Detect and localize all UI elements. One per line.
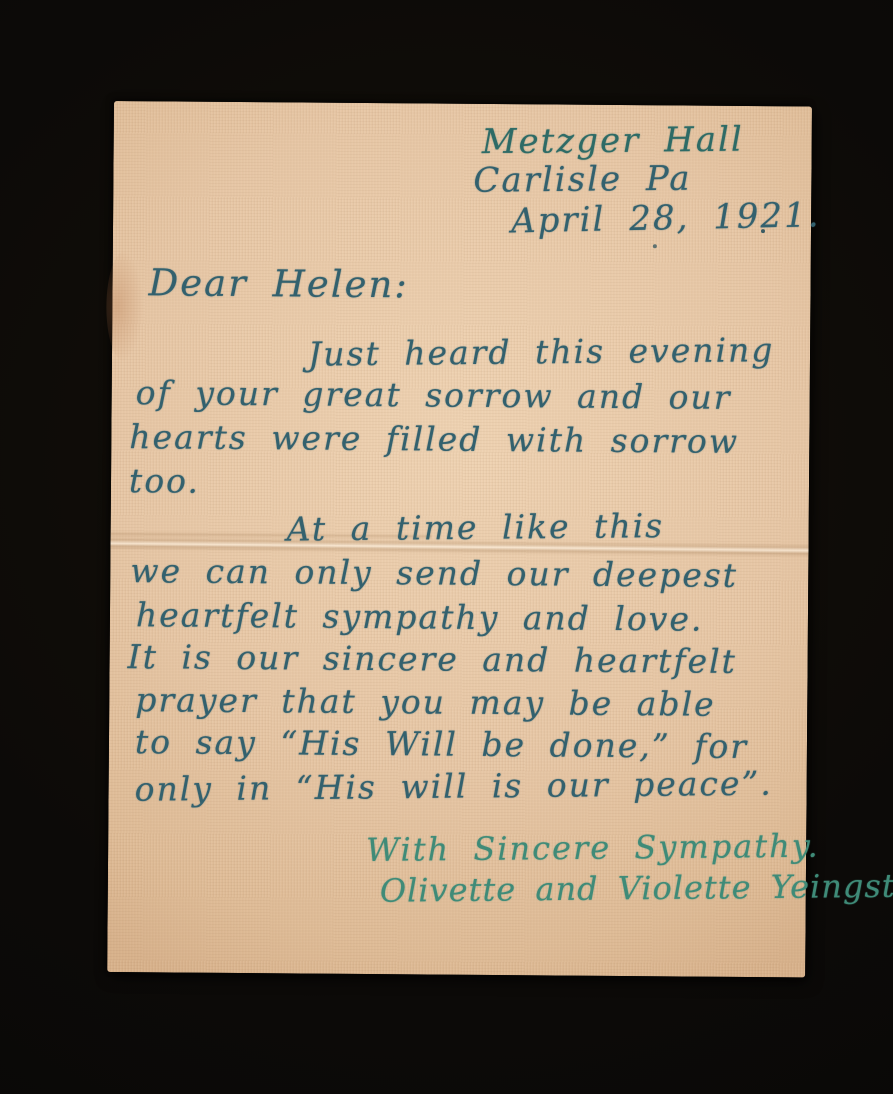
body-line: too. [129, 461, 200, 501]
photo-background: Metzger Hall Carlisle Pa April 28, 1921.… [0, 0, 893, 1094]
body-line: prayer that you may be able [135, 680, 716, 724]
body-line: only in “His will is our peace”. [134, 764, 773, 809]
body-line: At a time like this [286, 506, 664, 549]
body-line: we can only send our deepest [130, 551, 738, 595]
paper-stain [106, 251, 143, 361]
body-line: It is our sincere and heartfelt [127, 637, 737, 681]
body-line: of your great sorrow and our [136, 373, 732, 417]
body-line: heartfelt sympathy and love. [136, 595, 704, 638]
heading-place-line: Metzger Hall [482, 120, 745, 163]
body-line: to say “His Will be done,” for [135, 722, 748, 766]
salutation-line: Dear Helen: [148, 261, 409, 306]
signature-line: Olivette and Violette Yeingst- [380, 867, 893, 910]
ink-fleck [653, 244, 657, 248]
body-line: hearts were filled with sorrow [129, 417, 739, 461]
body-line: Just heard this evening [308, 330, 775, 373]
heading-city-line: Carlisle Pa [473, 159, 692, 201]
letter-paper: Metzger Hall Carlisle Pa April 28, 1921.… [107, 101, 812, 977]
heading-date-line: April 28, 1921. [511, 195, 821, 241]
closing-sentiment-line: With Sincere Sympathy. [366, 827, 820, 869]
